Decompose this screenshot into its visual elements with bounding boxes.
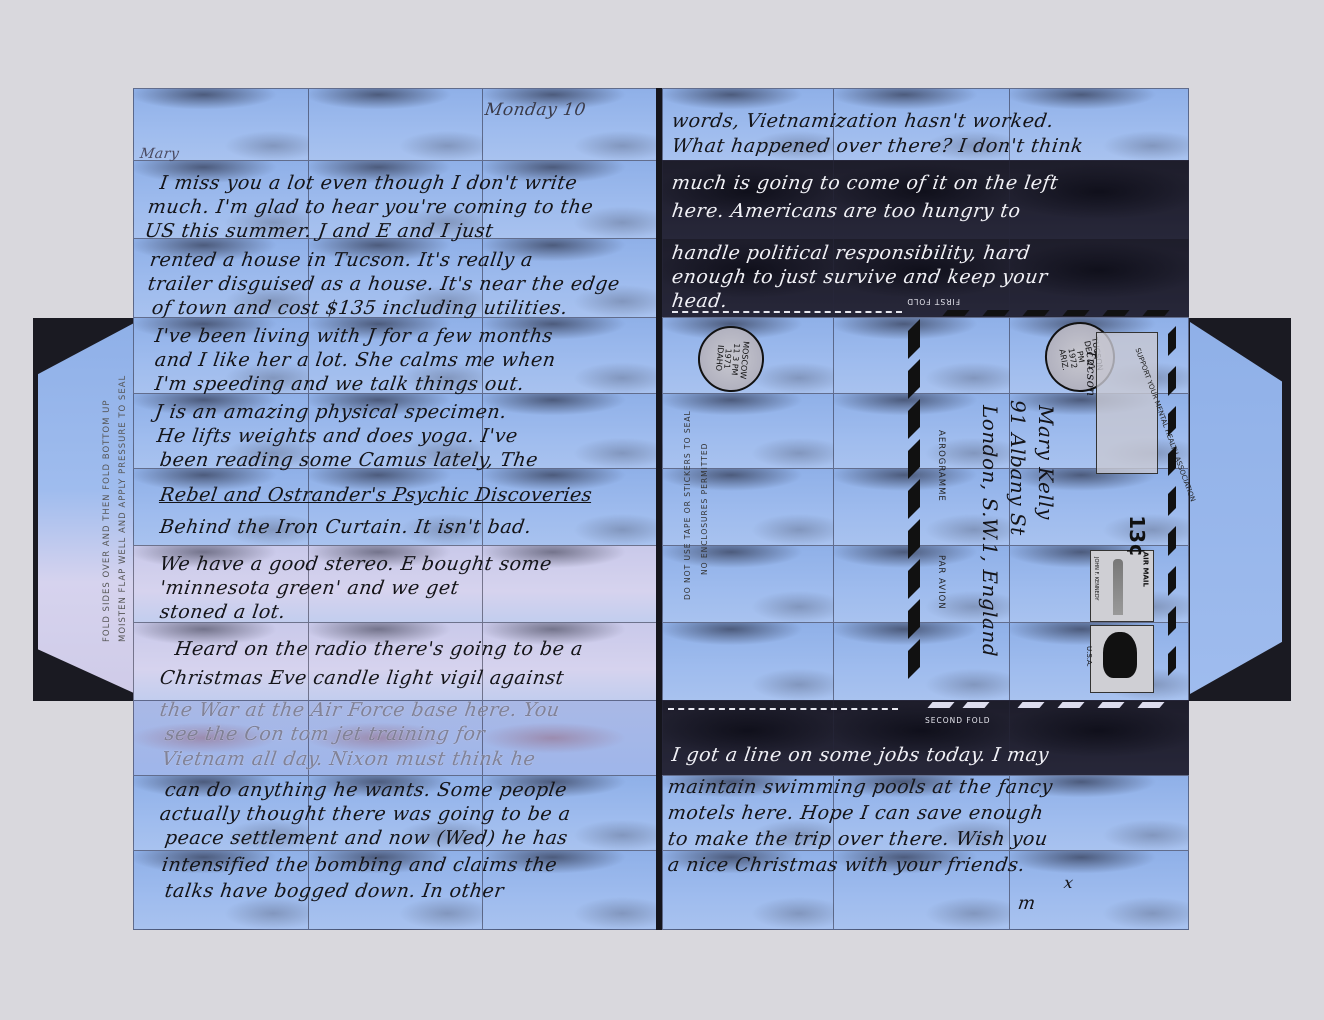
- closing-line: motels here. Hope I can save enough: [666, 802, 1045, 824]
- letter-line: see the Con tom jet training for: [163, 723, 486, 745]
- address-line: 91 Albany St: [1006, 400, 1030, 536]
- par-avion-label: PAR AVION: [936, 555, 946, 610]
- letter-line: I miss you a lot even though I don't wri…: [158, 172, 578, 194]
- letter-line: here. Americans are too hungry to: [670, 200, 1022, 222]
- letter-line: handle political responsibility, hard: [670, 242, 1031, 264]
- flap-instruction-2: MOISTEN FLAP WELL AND APPLY PRESSURE TO …: [118, 375, 128, 642]
- stamp-country: U.S.A.: [1085, 646, 1093, 667]
- enclosure-warning: NO ENCLOSURES PERMITTED: [700, 443, 709, 575]
- silhouette-icon: [1103, 632, 1137, 678]
- aerogramme-title: AEROGRAMME: [936, 430, 946, 502]
- letter-line: of town and cost $135 including utilitie…: [150, 297, 569, 319]
- tile: [662, 622, 834, 701]
- second-fold-label: SECOND FOLD: [925, 716, 991, 725]
- letter-line: talks have bogged down. In other: [163, 880, 505, 902]
- return-note: Tucson: [1084, 350, 1098, 397]
- airmail-stamp-13c: 13¢ AIR MAIL JOHN F. KENNEDY: [1090, 550, 1154, 622]
- letter-line: Vietnam all day. Nixon must think he: [160, 748, 536, 770]
- closing-line: a nice Christmas with your friends.: [666, 854, 1026, 876]
- closing-line: I got a line on some jobs today. I may: [670, 744, 1050, 766]
- letter-line: can do anything he wants. Some people: [163, 779, 568, 801]
- tile: [482, 88, 658, 161]
- letter-line: actually thought there was going to be a: [158, 803, 572, 825]
- letter-line: much. I'm glad to hear you're coming to …: [146, 196, 594, 218]
- address-line: Mary Kelly: [1034, 405, 1058, 520]
- letter-line: 'minnesota green' and we get: [158, 577, 460, 599]
- letter-line: much is going to come of it on the left: [670, 172, 1059, 194]
- portrait-stamp: U.S.A.: [1090, 625, 1154, 693]
- second-fold-line: [668, 708, 898, 710]
- left-flap: FOLD SIDES OVER AND THEN FOLD BOTTOM UP …: [38, 322, 136, 694]
- letter-line: We have a good stereo. E bought some: [158, 553, 553, 575]
- stamp-name: JOHN F. KENNEDY: [1093, 557, 1099, 600]
- letter-line: the War at the Air Force base here. You: [158, 699, 561, 721]
- letter-line: intensified the bombing and claims the: [160, 854, 558, 876]
- tape-warning: DO NOT USE TAPE OR STICKERS TO SEAL: [683, 410, 692, 600]
- stamp-label: AIR MAIL: [1141, 552, 1149, 587]
- slogan-cancellation: SUPPORT YOUR MENTAL HEALTH ASSOCIATION: [1096, 332, 1158, 474]
- letter-line: head.: [670, 290, 729, 312]
- first-fold-line: [672, 311, 902, 313]
- tile: [1009, 850, 1189, 930]
- letter-line: rented a house in Tucson. It's really a: [148, 249, 534, 271]
- letter-line: He lifts weights and does yoga. I've: [155, 425, 519, 447]
- tile: [308, 88, 483, 161]
- letter-line: enough to just survive and keep your: [670, 266, 1049, 288]
- letter-line: I'm speeding and we talk things out.: [153, 373, 525, 395]
- address-line: London, S.W.1, England: [978, 405, 1002, 657]
- letter-line: I've been living with J for a few months: [153, 325, 554, 347]
- letter-line: words, Vietnamization hasn't worked.: [670, 110, 1055, 132]
- letter-line: stoned a lot.: [158, 601, 287, 623]
- letter-line: Behind the Iron Curtain. It isn't bad.: [158, 516, 533, 538]
- letter-line: Rebel and Ostrander's Psychic Discoverie…: [158, 484, 593, 506]
- closing-line: to make the trip over there. Wish you: [666, 828, 1049, 850]
- letter-line: been reading some Camus lately, The: [158, 449, 539, 471]
- flap-instruction-1: FOLD SIDES OVER AND THEN FOLD BOTTOM UP: [102, 400, 112, 643]
- tile: [833, 317, 1010, 394]
- tile: [133, 622, 309, 701]
- letter-line: Heard on the radio there's going to be a: [173, 638, 584, 660]
- letter-line: US this summer. J and E and I just: [143, 220, 494, 242]
- letter-salutation: Mary: [139, 146, 181, 162]
- letter-line: and I like her a lot. She calms me when: [153, 349, 557, 371]
- letter-line: What happened over there? I don't think: [670, 135, 1084, 157]
- letter-line: trailer disguised as a house. It's near …: [146, 273, 621, 295]
- right-flap: [1190, 322, 1282, 694]
- building-icon: [1113, 559, 1123, 615]
- letter-line: Christmas Eve candle light vigil against: [158, 667, 565, 689]
- first-fold-label: FIRST FOLD: [906, 297, 960, 306]
- letter-date: Monday 10: [484, 100, 588, 120]
- signature: m: [1017, 893, 1038, 914]
- letter-line: peace settlement and now (Wed) he has: [163, 827, 569, 849]
- letter-line: J is an amazing physical specimen.: [153, 401, 508, 423]
- tile: [308, 622, 483, 701]
- closing-line: maintain swimming pools at the fancy: [666, 776, 1054, 798]
- tile: [482, 622, 658, 701]
